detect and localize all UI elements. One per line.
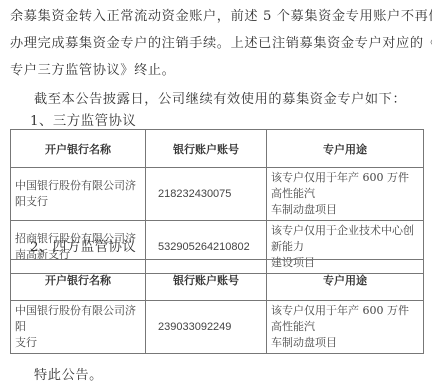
quadripartite-accounts-table: 开户银行名称 银行账户账号 专户用途 中国银行股份有限公司济阳 支行 23903…	[10, 259, 424, 354]
header-purpose: 专户用途	[267, 130, 424, 168]
table-row: 中国银行股份有限公司济 阳支行 218232430075 该专户仅用于年产 60…	[11, 168, 424, 221]
table-header-row: 开户银行名称 银行账户账号 专户用途	[11, 130, 424, 168]
bank-name-line: 阳支行	[15, 194, 141, 210]
table-row: 中国银行股份有限公司济阳 支行 239033092249 该专户仅用于年产 60…	[11, 301, 424, 354]
bank-name-line: 中国银行股份有限公司济	[15, 178, 141, 194]
bank-name-cell: 中国银行股份有限公司济阳 支行	[11, 301, 146, 354]
purpose-line: 该专户仅用于年产 600 万件高性能汽	[271, 303, 419, 335]
account-number-cell: 239033092249	[146, 301, 267, 354]
purpose-cell: 该专户仅用于年产 600 万件高性能汽 车制动盘项目	[267, 301, 424, 354]
section1-title: 1、三方监管协议	[30, 110, 136, 129]
intro-paragraph: 截至本公告披露日，公司继续有效使用的募集资金专户如下：	[34, 86, 432, 113]
purpose-line: 车制动盘项目	[271, 202, 419, 218]
table-header-row: 开户银行名称 银行账户账号 专户用途	[11, 260, 424, 301]
closing-statement: 特此公告。	[34, 362, 432, 384]
purpose-line: 车制动盘项目	[271, 335, 419, 351]
purpose-line: 该专户仅用于企业技术中心创新能力	[271, 223, 419, 255]
paragraph-line-1: 余募集资金转入正常流动资金账户，前述 5 个募集资金专用账户不再使用，并已	[10, 3, 426, 30]
bank-name-cell: 中国银行股份有限公司济 阳支行	[11, 168, 146, 221]
header-bank-name: 开户银行名称	[11, 260, 146, 301]
header-account-number: 银行账户账号	[146, 130, 267, 168]
purpose-line: 该专户仅用于年产 600 万件高性能汽	[271, 170, 419, 202]
header-account-number: 银行账户账号	[146, 260, 267, 301]
header-purpose: 专户用途	[267, 260, 424, 301]
purpose-cell: 该专户仅用于年产 600 万件高性能汽 车制动盘项目	[267, 168, 424, 221]
account-number-cell: 218232430075	[146, 168, 267, 221]
bank-name-line: 中国银行股份有限公司济阳	[15, 303, 141, 335]
paragraph-line-3: 专户三方监管协议》终止。	[10, 57, 426, 84]
section2-title: 2、四方监管协议	[30, 236, 136, 255]
paragraph-line-2: 办理完成募集资金专户的注销手续。上述已注销募集资金专户对应的《募集资金	[10, 30, 426, 57]
bank-name-line: 支行	[15, 335, 141, 351]
header-bank-name: 开户银行名称	[11, 130, 146, 168]
